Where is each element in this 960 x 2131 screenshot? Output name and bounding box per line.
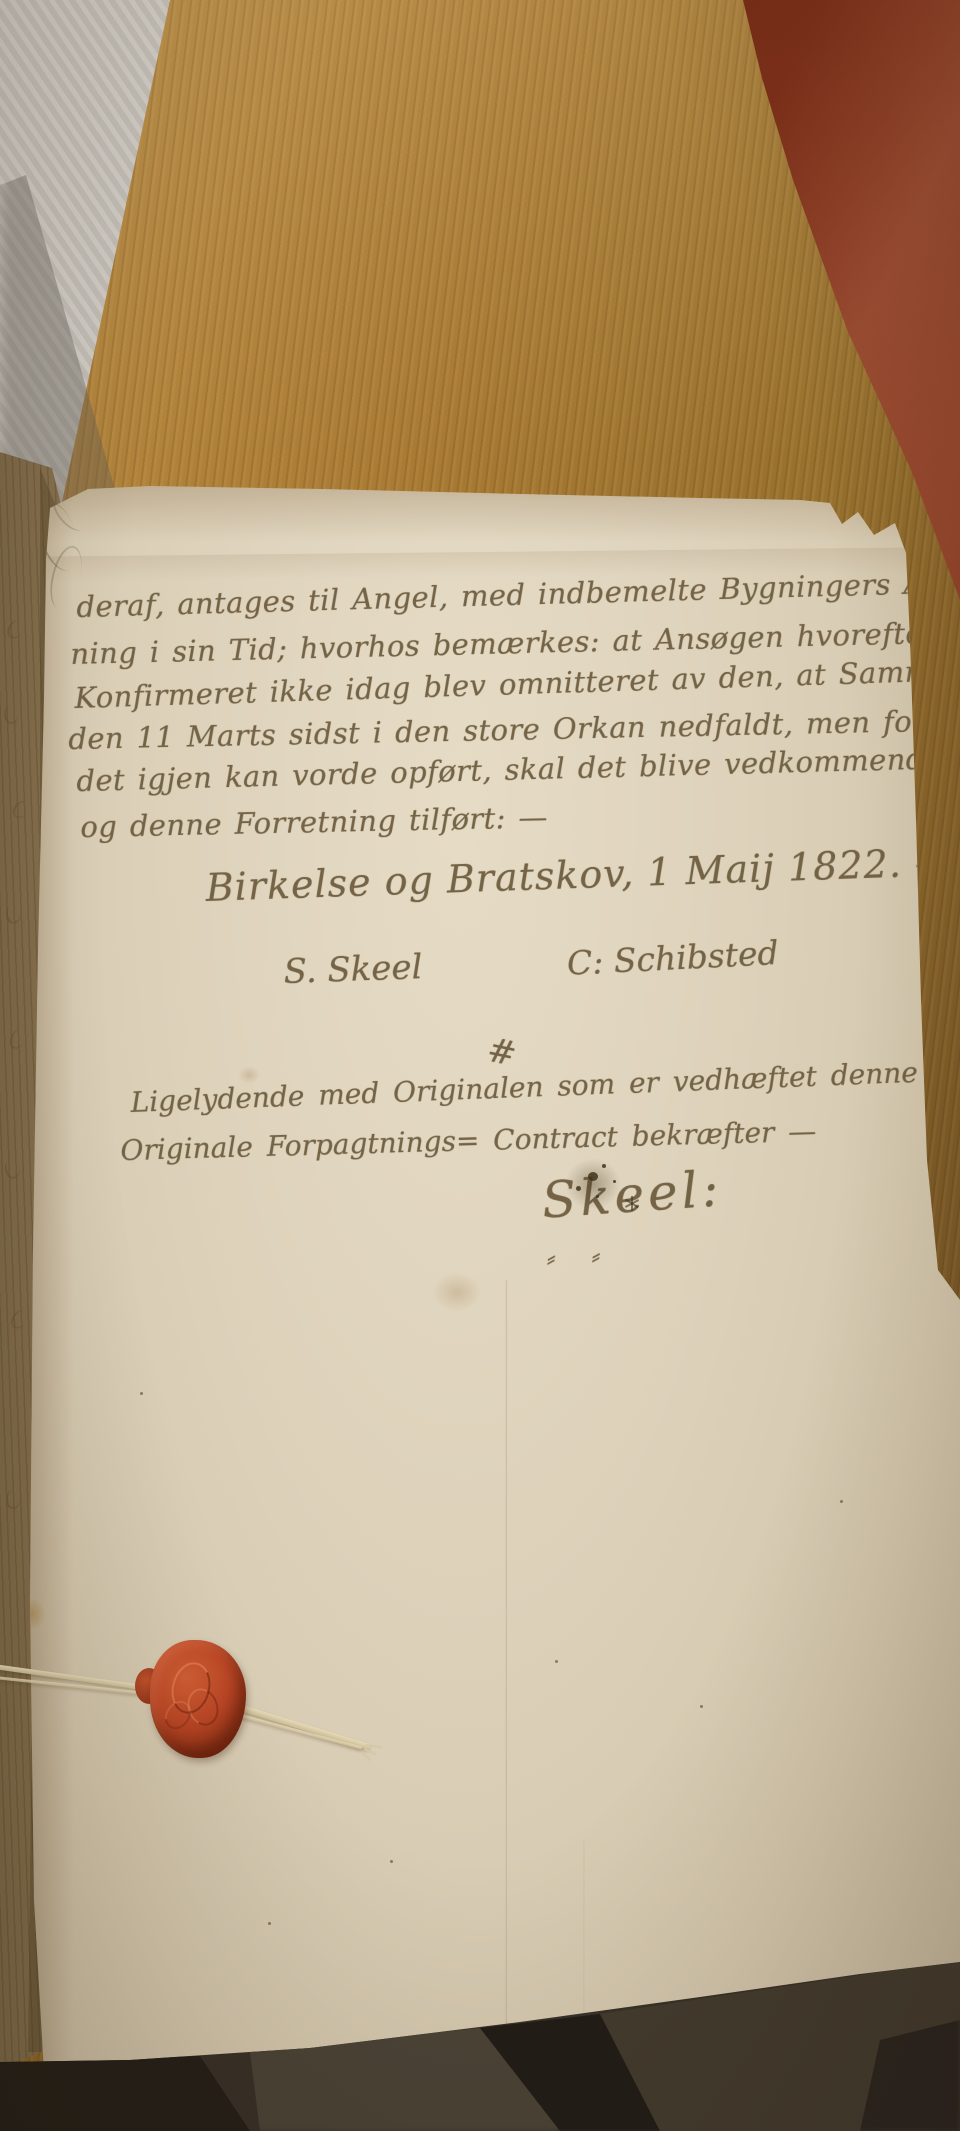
- paper-speck: [390, 1860, 393, 1863]
- ink-blot: [602, 1164, 606, 1168]
- ink-blot-haze: [565, 1158, 621, 1210]
- paper-speck: [140, 1392, 143, 1395]
- signature-underline-marks: ⸗ ⸗: [546, 1240, 615, 1273]
- signature-left: S. Skeel: [283, 947, 423, 992]
- ink-blot: [613, 1180, 616, 1183]
- paper-speck: [555, 1660, 558, 1663]
- page-crease-vertical: [505, 1280, 508, 2070]
- ink-blot: [596, 1195, 599, 1198]
- manuscript-line-6: og denne Forretning tilført: —: [80, 800, 548, 844]
- separator-hash-mark: #: [484, 1030, 520, 1075]
- manuscript-dateline: Birkelse og Bratskov, 1 Maij 1822. —: [205, 840, 955, 910]
- paper-speck: [268, 1922, 271, 1925]
- paper-speck: [840, 1500, 843, 1503]
- ink-blot: [588, 1172, 598, 1181]
- photo-canvas: deraf, antages til Angel, med indbemelte…: [0, 0, 960, 2131]
- paper-stain: [432, 1272, 482, 1312]
- paper-speck: [700, 1705, 703, 1708]
- signature-right: C: Schibsted: [566, 933, 779, 983]
- ink-blot: [576, 1186, 581, 1191]
